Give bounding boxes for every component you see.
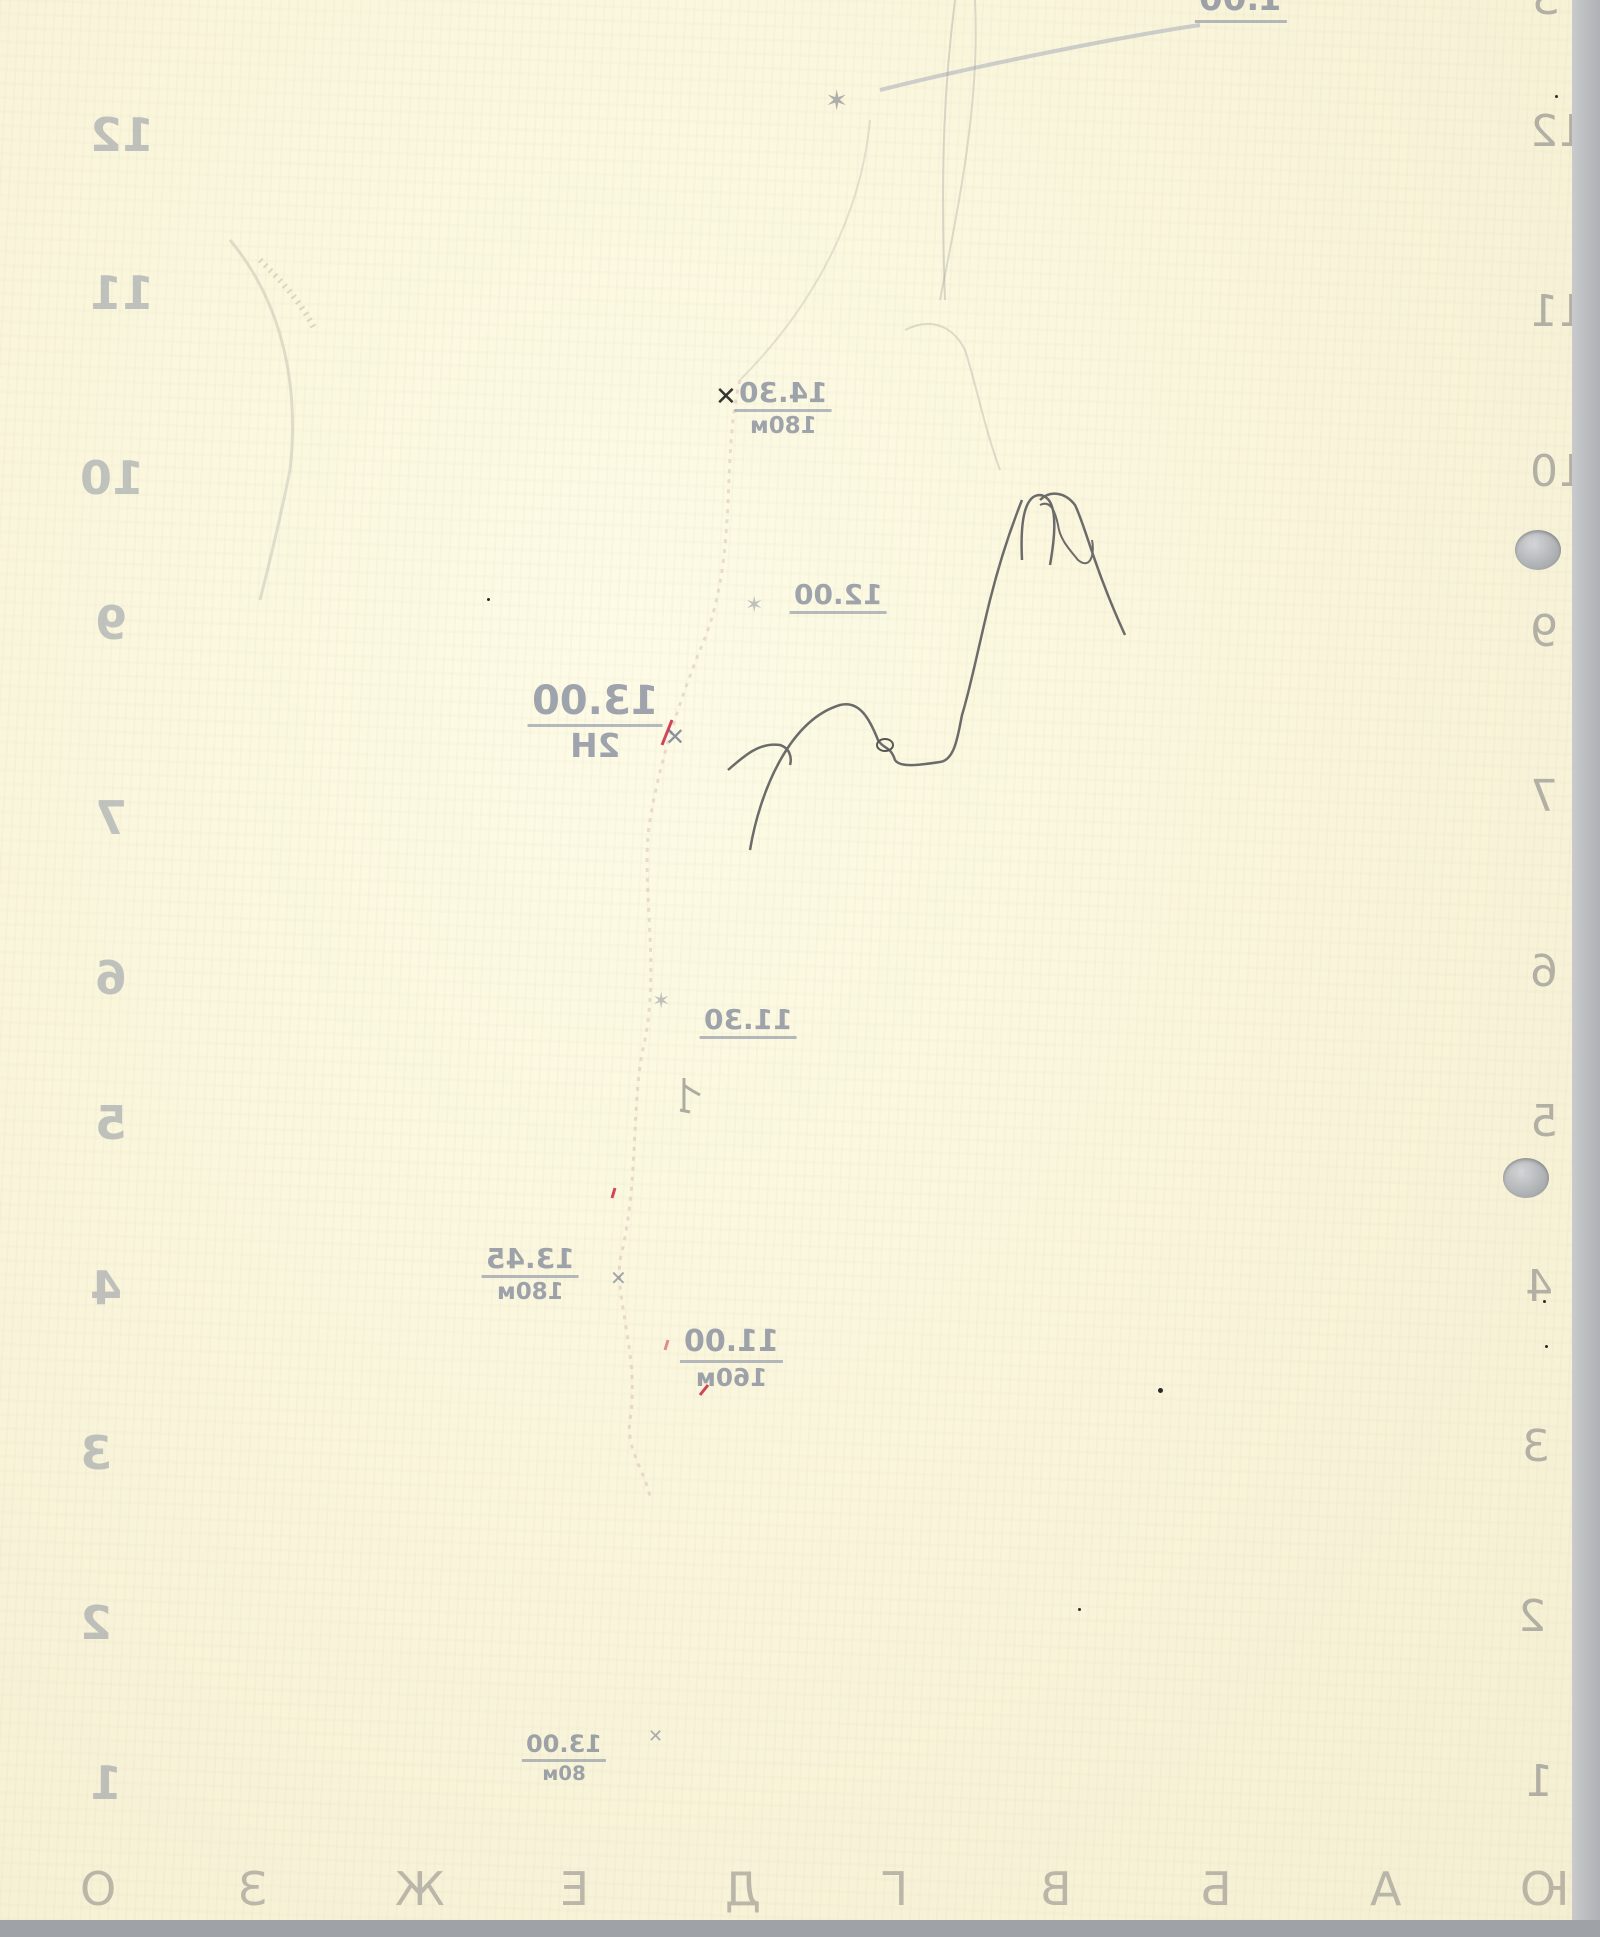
left-margin-number: 2	[80, 1600, 112, 1646]
right-margin-number: 4	[1525, 1265, 1553, 1309]
waypoint-x-icon: ✕	[648, 1726, 663, 1747]
bottom-margin-letter: Д	[725, 1862, 761, 1916]
right-margin-number: 7	[1530, 775, 1558, 819]
left-margin-number: 9	[95, 600, 127, 646]
ink-speck	[1078, 1608, 1081, 1611]
left-margin-number: 5	[95, 1100, 127, 1146]
star-marker-icon: ✶	[652, 989, 670, 1014]
punch-hole	[1515, 530, 1561, 570]
right-margin-number: 5	[1530, 1100, 1558, 1144]
bottom-margin-letter: В	[1040, 1862, 1072, 1916]
left-margin-number: 3	[80, 1430, 112, 1476]
right-margin-number: 10	[1530, 450, 1572, 494]
top-partial-label: 1.00	[1195, 0, 1287, 23]
left-margin-number: 6	[95, 955, 127, 1001]
ink-speck	[487, 598, 490, 601]
bottom-margin-letter: Г	[880, 1862, 908, 1916]
right-margin-number: 3	[1522, 1425, 1550, 1469]
right-margin-number: 2	[1518, 1595, 1546, 1639]
right-margin-number: 6	[1530, 950, 1558, 994]
right-margin-number: 12	[1530, 110, 1572, 154]
waypoint-x-icon: ✕	[610, 1266, 627, 1290]
pencil-drawings: ✶ ✶ ✶ ✕ ✕ ✕ ✕	[0, 0, 1572, 1920]
bottom-margin-letter: Е	[560, 1862, 589, 1916]
right-margin-number: 9	[1530, 610, 1558, 654]
scan-edge-right	[1572, 0, 1600, 1937]
left-margin-number: 1	[90, 1760, 122, 1806]
bottom-margin-letter: Б	[1200, 1862, 1232, 1916]
ink-speck	[1158, 1388, 1163, 1393]
map-sheet: ✶ ✶ ✶ ✕ ✕ ✕ ✕ 1.00 14.30180м 12.00 13.00…	[0, 0, 1572, 1920]
ink-speck	[1545, 1345, 1548, 1348]
waypoint-x-icon: ✕	[715, 382, 737, 412]
route-annotation: 12.00	[790, 580, 887, 614]
left-margin-number: 12	[90, 112, 154, 158]
route-annotation: 14.30180м	[735, 378, 832, 439]
waypoint-x-icon: ✕	[665, 723, 685, 751]
route-annotation: 13.0080м	[522, 1732, 606, 1785]
star-marker-icon: ✶	[745, 593, 763, 618]
bottom-margin-letter: Ж	[395, 1862, 445, 1916]
right-margin-number: 1	[1525, 1760, 1553, 1804]
bottom-margin-letter: А	[1370, 1862, 1401, 1916]
bottom-margin-letter: З	[238, 1862, 268, 1916]
right-margin-number: 11	[1530, 290, 1572, 334]
route-annotation: 11.30	[700, 1005, 797, 1039]
route-annotation: 13.002Н	[528, 680, 663, 765]
punch-hole	[1503, 1158, 1549, 1198]
route-annotation: 13.45180м	[482, 1244, 579, 1305]
scan-edge-bottom	[0, 1920, 1600, 1937]
ink-speck	[1543, 1300, 1546, 1303]
left-margin-number: 10	[80, 455, 144, 501]
hand-sketch-outline	[750, 500, 1022, 850]
figure-sketch	[680, 1078, 700, 1112]
bottom-margin-letter: Ю	[1520, 1862, 1570, 1916]
left-margin-number: 11	[90, 270, 154, 316]
left-margin-number: 7	[95, 795, 127, 841]
route-annotation: 11.00160м	[680, 1326, 783, 1392]
right-margin-number: 3	[1532, 0, 1560, 22]
ink-speck	[1555, 95, 1558, 98]
left-margin-number: 4	[90, 1265, 122, 1311]
star-marker-icon: ✶	[825, 84, 848, 117]
bottom-margin-letter: О	[80, 1862, 116, 1916]
